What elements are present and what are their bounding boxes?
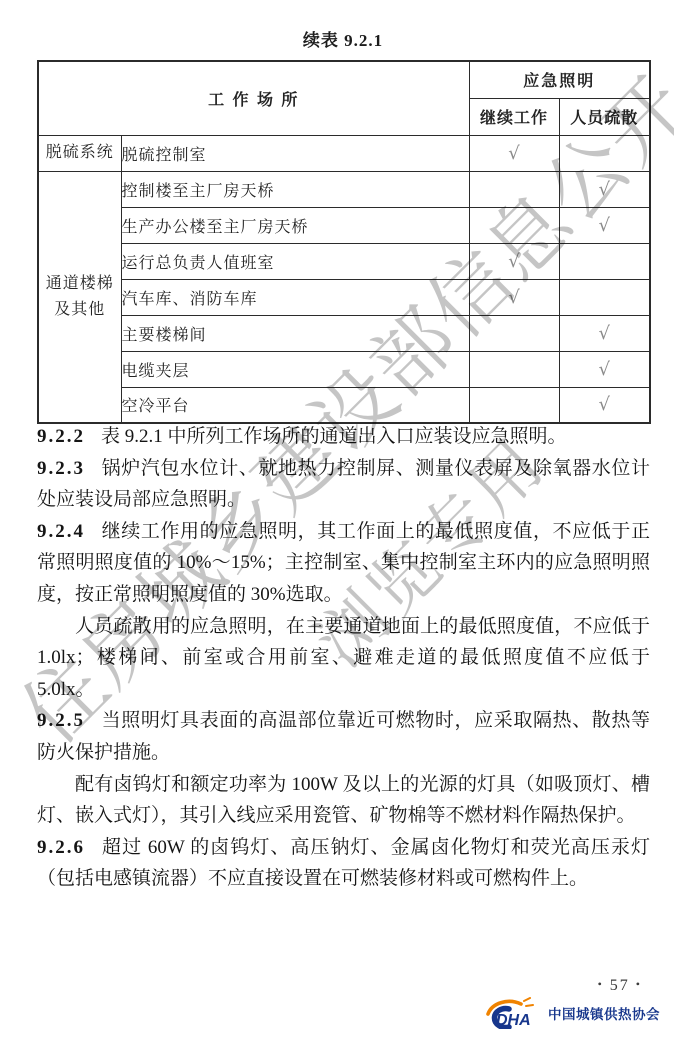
table-row: 脱硫系统 脱硫控制室 √ [38, 135, 650, 171]
page-number: • 57 • [598, 977, 642, 995]
page-number-value: 57 [610, 977, 630, 994]
checkmark-continue: √ [469, 135, 559, 171]
checkmark-evacuation [559, 135, 650, 171]
checkmark-evacuation: √ [559, 351, 650, 387]
clause-text: 超过 60W 的卤钨灯、高压钠灯、金属卤化物灯和荧光高压汞灯（包括电感镇流器）不… [37, 837, 650, 890]
header-evacuation: 人员疏散 [559, 98, 650, 135]
association-logo: DHA 中国城镇供热协会 [481, 997, 660, 1029]
table-row: 空冷平台 √ [38, 387, 650, 423]
checkmark-continue [469, 315, 559, 351]
table-row: 电缆夹层 √ [38, 351, 650, 387]
place-cell: 生产办公楼至主厂房天桥 [121, 207, 469, 243]
checkmark-continue [469, 387, 559, 423]
clause-text: 配有卤钨灯和额定功率为 100W 及以上的光源的灯具（如吸顶灯、槽灯、嵌入式灯）… [37, 774, 650, 827]
table-row: 生产办公楼至主厂房天桥 √ [38, 207, 650, 243]
table-row: 运行总负责人值班室 √ [38, 243, 650, 279]
table-title: 续表 9.2.1 [37, 26, 649, 51]
logo-acronym-text: DHA [496, 1012, 531, 1029]
checkmark-evacuation: √ [559, 207, 650, 243]
clause-9-2-5-continued: 配有卤钨灯和额定功率为 100W 及以上的光源的灯具（如吸顶灯、槽灯、嵌入式灯）… [37, 769, 650, 832]
place-cell: 脱硫控制室 [121, 135, 469, 171]
emergency-lighting-table: 工 作 场 所 应急照明 继续工作 人员疏散 脱硫系统 脱硫控制室 √ 通道楼梯… [37, 60, 651, 424]
clause-9-2-6: 9.2.6超过 60W 的卤钨灯、高压钠灯、金属卤化物灯和荧光高压汞灯（包括电感… [37, 832, 650, 895]
checkmark-evacuation: √ [559, 387, 650, 423]
clause-9-2-3: 9.2.3锅炉汽包水位计、就地热力控制屏、测量仪表屏及除氧器水位计处应装设局部应… [37, 453, 650, 516]
group-cell-desulfurization: 脱硫系统 [38, 135, 121, 171]
place-cell: 主要楼梯间 [121, 315, 469, 351]
body-text: 9.2.2表 9.2.1 中所列工作场所的通道出入口应装设应急照明。 9.2.3… [37, 421, 650, 895]
clause-text: 人员疏散用的应急照明，在主要通道地面上的最低照度值，不应低于 1.0lx；楼梯间… [37, 616, 650, 700]
clause-number: 9.2.6 [37, 837, 85, 858]
checkmark-continue [469, 351, 559, 387]
checkmark-evacuation: √ [559, 171, 650, 207]
table-row: 汽车库、消防车库 √ [38, 279, 650, 315]
checkmark-continue [469, 207, 559, 243]
cdha-logo-icon: DHA [481, 997, 543, 1029]
place-cell: 汽车库、消防车库 [121, 279, 469, 315]
clause-number: 9.2.3 [37, 458, 85, 479]
logo-association-name: 中国城镇供热协会 [548, 1003, 660, 1023]
checkmark-continue: √ [469, 279, 559, 315]
checkmark-continue [469, 171, 559, 207]
header-continue-work: 继续工作 [469, 98, 559, 135]
clause-text: 表 9.2.1 中所列工作场所的通道出入口应装设应急照明。 [101, 426, 567, 447]
checkmark-evacuation [559, 279, 650, 315]
page-number-bullet-right: • [636, 977, 642, 991]
header-emergency-lighting: 应急照明 [469, 61, 650, 98]
clause-9-2-4-continued: 人员疏散用的应急照明，在主要通道地面上的最低照度值，不应低于 1.0lx；楼梯间… [37, 611, 650, 706]
place-cell: 电缆夹层 [121, 351, 469, 387]
clause-text: 继续工作用的应急照明，其工作面上的最低照度值，不应低于正常照明照度值的 10%～… [37, 521, 650, 605]
clause-number: 9.2.5 [37, 710, 85, 731]
clause-number: 9.2.2 [37, 426, 85, 447]
place-cell: 运行总负责人值班室 [121, 243, 469, 279]
checkmark-evacuation: √ [559, 315, 650, 351]
clause-text: 当照明灯具表面的高温部位靠近可燃物时，应采取隔热、散热等防火保护措施。 [37, 710, 650, 763]
place-cell: 空冷平台 [121, 387, 469, 423]
clause-number: 9.2.4 [37, 521, 85, 542]
group-cell-passages-stairs: 通道楼梯 及其他 [38, 171, 121, 423]
table-row: 通道楼梯 及其他 控制楼至主厂房天桥 √ [38, 171, 650, 207]
clause-text: 锅炉汽包水位计、就地热力控制屏、测量仪表屏及除氧器水位计处应装设局部应急照明。 [37, 458, 650, 511]
clause-9-2-4: 9.2.4继续工作用的应急照明，其工作面上的最低照度值，不应低于正常照明照度值的… [37, 516, 650, 611]
table-row: 主要楼梯间 √ [38, 315, 650, 351]
header-workplace: 工 作 场 所 [38, 61, 469, 135]
checkmark-evacuation [559, 243, 650, 279]
document-page: 续表 9.2.1 工 作 场 所 应急照明 继续工作 人员疏散 脱硫系统 脱硫控… [0, 0, 674, 1038]
clause-9-2-5: 9.2.5当照明灯具表面的高温部位靠近可燃物时，应采取隔热、散热等防火保护措施。 [37, 705, 650, 768]
place-cell: 控制楼至主厂房天桥 [121, 171, 469, 207]
checkmark-continue: √ [469, 243, 559, 279]
clause-9-2-2: 9.2.2表 9.2.1 中所列工作场所的通道出入口应装设应急照明。 [37, 421, 650, 453]
page-number-bullet-left: • [598, 977, 604, 991]
